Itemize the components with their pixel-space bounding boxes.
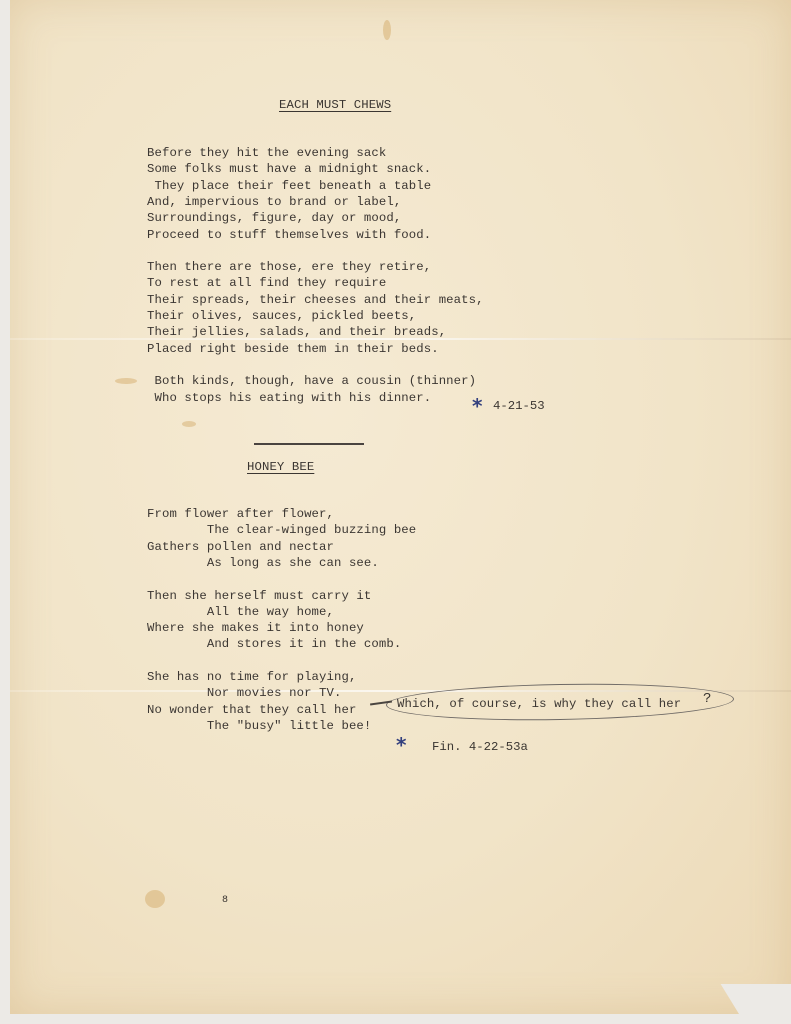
poem-line: Both kinds, though, have a cousin (thinn… [147,374,476,390]
poem-line: Where she makes it into honey [147,621,364,637]
stain [182,421,196,427]
poem-line: Placed right beside them in their beds. [147,342,439,358]
poem-line: Then she herself must carry it [147,589,371,605]
asterisk-ink-mark: * [396,733,406,757]
poem-line: Proceed to stuff themselves with food. [147,228,431,244]
poem-line: Some folks must have a midnight snack. [147,162,431,178]
poem-line: Before they hit the evening sack [147,146,386,162]
poem-date: 4-21-53 [493,399,545,413]
poem-line: To rest at all find they require [147,276,386,292]
poem-line: And, impervious to brand or label, [147,195,401,211]
page-number: 8 [222,893,228,909]
stain [145,890,165,908]
stain [115,378,137,384]
poem-line: The clear-winged buzzing bee [147,523,416,539]
question-mark: ? [703,692,712,708]
poem-line: Surroundings, figure, day or mood, [147,211,401,227]
poem-line: And stores it in the comb. [147,637,401,653]
poem-line: No wonder that they call her [147,703,356,719]
poem-line: As long as she can see. [147,556,379,572]
poem-line: Their spreads, their cheeses and their m… [147,293,484,309]
poem-title-each-must-chews: EACH MUST CHEWS [279,98,391,114]
poem-line: She has no time for playing, [147,670,356,686]
asterisk-ink-mark: * [472,394,482,418]
poem-line: From flower after flower, [147,507,334,523]
poem-line: They place their feet beneath a table [147,179,431,195]
poem-date: Fin. 4-22-53a [432,740,528,754]
poem-line: All the way home, [147,605,334,621]
section-divider [254,443,364,445]
poem-line: Nor movies nor TV. [147,686,341,702]
poem-line: Their jellies, salads, and their breads, [147,325,446,341]
poem-line: Who stops his eating with his dinner. [147,391,431,407]
poem-title-honey-bee: HONEY BEE [247,460,314,476]
poem-line: Gathers pollen and nectar [147,540,334,556]
poem-line: Their olives, sauces, pickled beets, [147,309,416,325]
poem-line: The "busy" little bee! [147,719,371,735]
poem-line: Then there are those, ere they retire, [147,260,431,276]
handwritten-revision-note: Which, of course, is why they call her [397,697,681,713]
stain [383,20,391,40]
typewritten-page [10,0,791,1014]
